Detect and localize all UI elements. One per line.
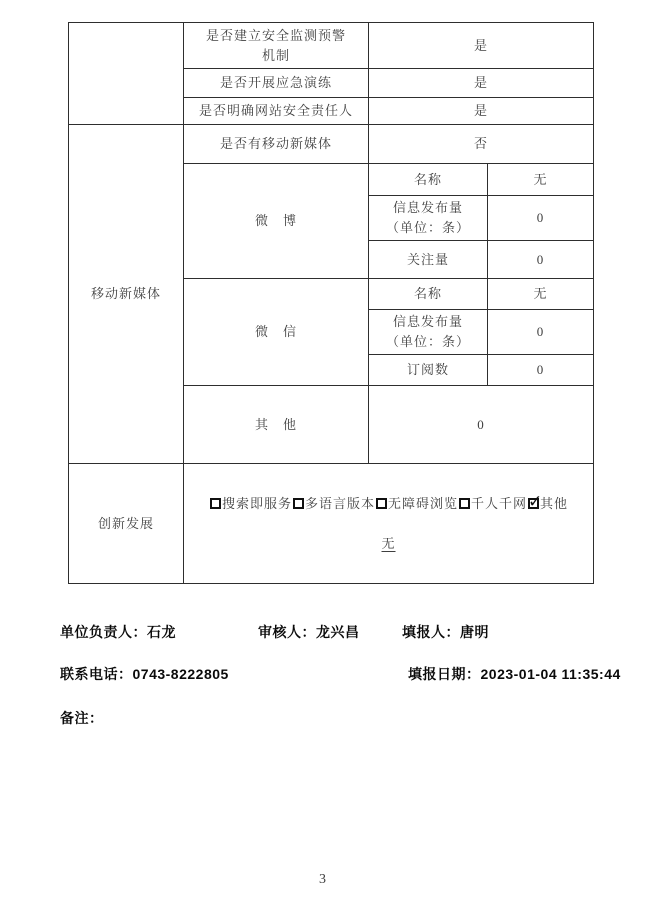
wechat-name-label: 名称 <box>369 279 488 310</box>
table-row: 移动新媒体 是否有移动新媒体 否 <box>69 125 594 164</box>
footer-remarks: 备注： <box>60 708 104 728</box>
weibo-followers-value: 0 <box>488 241 594 279</box>
checkbox-label: 搜索即服务 <box>222 496 292 511</box>
wechat-subscribers-label: 订阅数 <box>369 355 488 386</box>
footer-reviewer: 审核人：龙兴昌 <box>258 622 360 642</box>
security-monitor-value: 是 <box>369 23 594 69</box>
wechat-posts-label: 信息发布量 （单位：条） <box>369 310 488 355</box>
checkbox-label: 多语言版本 <box>305 496 375 511</box>
checkbox-label: 其他 <box>540 496 568 511</box>
wechat-posts-value: 0 <box>488 310 594 355</box>
footer-phone: 联系电话：0743-8222805 <box>60 664 229 684</box>
annual-report-table: 是否建立安全监测预警 机制 是 是否开展应急演练 是 是否明确网站安全责任人 是… <box>68 22 594 584</box>
wechat-name-value: 无 <box>488 279 594 310</box>
innovation-content-cell: 搜索即服务多语言版本无障碍浏览千人千网其他 无 <box>184 464 594 584</box>
category-cell-empty <box>69 23 184 125</box>
weibo-posts-label: 信息发布量 （单位：条） <box>369 196 488 241</box>
weibo-followers-label: 关注量 <box>369 241 488 279</box>
checkbox-icon <box>293 498 304 509</box>
emergency-drill-label: 是否开展应急演练 <box>184 69 369 98</box>
security-person-label: 是否明确网站安全责任人 <box>184 98 369 125</box>
checkbox-option-multilingual: 多语言版本 <box>292 496 375 511</box>
document-page: 是否建立安全监测预警 机制 是 是否开展应急演练 是 是否明确网站安全责任人 是… <box>0 0 645 905</box>
footer-report-date: 填报日期：2023-01-04 11:35:44 <box>408 664 621 684</box>
checkbox-option-accessibility: 无障碍浏览 <box>375 496 458 511</box>
checkbox-icon <box>210 498 221 509</box>
has-mobile-media-value: 否 <box>369 125 594 164</box>
security-monitor-label: 是否建立安全监测预警 机制 <box>184 23 369 69</box>
checkbox-option-other: 其他 <box>527 496 568 511</box>
checkbox-icon <box>459 498 470 509</box>
checkbox-label: 无障碍浏览 <box>388 496 458 511</box>
table-row: 是否建立安全监测预警 机制 是 <box>69 23 594 69</box>
innovation-other-value: 无 <box>190 534 587 554</box>
checkbox-label: 千人千网 <box>471 496 527 511</box>
weibo-name-label: 名称 <box>369 164 488 196</box>
checkbox-option-search-service: 搜索即服务 <box>209 496 292 511</box>
emergency-drill-value: 是 <box>369 69 594 98</box>
checkbox-option-personalized: 千人千网 <box>458 496 527 511</box>
category-cell-mobile-media: 移动新媒体 <box>69 125 184 464</box>
weibo-name-value: 无 <box>488 164 594 196</box>
table-row: 创新发展 搜索即服务多语言版本无障碍浏览千人千网其他 无 <box>69 464 594 584</box>
weibo-posts-value: 0 <box>488 196 594 241</box>
other-media-value: 0 <box>369 386 594 464</box>
wechat-subscribers-value: 0 <box>488 355 594 386</box>
category-cell-innovation: 创新发展 <box>69 464 184 584</box>
footer-filler: 填报人：唐明 <box>402 622 489 642</box>
page-number: 3 <box>0 872 645 888</box>
other-media-label: 其 他 <box>184 386 369 464</box>
checkbox-icon <box>376 498 387 509</box>
innovation-checkbox-line: 搜索即服务多语言版本无障碍浏览千人千网其他 <box>190 494 587 514</box>
wechat-group-label: 微 信 <box>184 279 369 386</box>
footer-unit-head: 单位负责人：石龙 <box>60 622 176 642</box>
has-mobile-media-label: 是否有移动新媒体 <box>184 125 369 164</box>
checkbox-icon <box>528 498 539 509</box>
security-person-value: 是 <box>369 98 594 125</box>
weibo-group-label: 微 博 <box>184 164 369 279</box>
